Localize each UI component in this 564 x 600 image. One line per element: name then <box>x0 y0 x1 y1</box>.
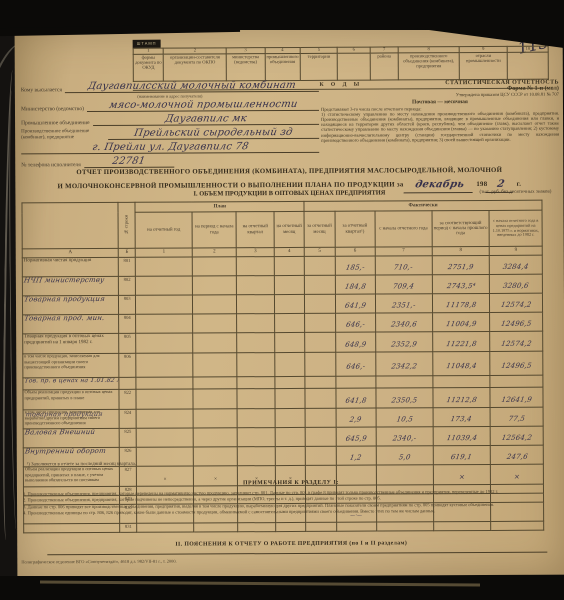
print-imprint: Полиграфическое отделение ВГО «Союзучети… <box>21 559 176 565</box>
submit-instructions: 1) статистическому управлению по месту н… <box>321 111 559 143</box>
row-number-header: № строки <box>124 214 129 234</box>
table-footnote: ¹) Заполняется в отчете за последний мес… <box>27 462 136 468</box>
col-header: за отчетный месяц <box>304 211 335 247</box>
ministry-line: Министерство (ведомство) мясо-молочной п… <box>21 100 319 113</box>
section2-heading: II. ПОЯСНЕНИЯ К ОТЧЕТУ О РАБОТЕ ПРЕДПРИЯ… <box>17 540 564 549</box>
production-assoc-value: Прейльский сыродельный зд <box>134 128 294 139</box>
code-col-header: промышленного объединения <box>265 53 301 80</box>
form-info-block: СТАТИСТИЧЕСКАЯ ОТЧЕТНОСТЬ Форма № 1-п (м… <box>321 80 559 143</box>
col-header: с начала отчетного года в ценах предприя… <box>489 210 542 246</box>
code-col-headers: формы документа по ОКУД организации-сост… <box>133 52 548 81</box>
approval-note: Утверждена приказом ЦСУ СССР от 10.08.81… <box>321 92 559 98</box>
table-row: Валовая Внешний 825 645,9 2340,- 11039,4… <box>23 426 543 448</box>
production-assoc-label: Производственное объединение (комбинат),… <box>21 129 108 140</box>
code-col-header: формы документа по ОКУД <box>133 54 164 81</box>
table-row: Товарная прод. мин. 804 646,- 2340,6 110… <box>23 312 543 334</box>
table-row: в том числе продукция, зачисляемая для в… <box>23 351 543 378</box>
col-header: с начала отчетного года <box>375 211 432 247</box>
enterprise-address-line: г. Прейли ул. Даугавпилс 78 <box>21 142 319 155</box>
code-col-header: министерства (ведомства) <box>226 54 265 81</box>
scan-corner-shadow <box>414 28 564 48</box>
table-row: Нормативная чистая продукция 801 185,- 7… <box>22 255 542 277</box>
form-page: 113 ШТАМП 1 2 3 4 5 6 7 8 <box>15 28 564 578</box>
industrial-assoc-line: Промышленное объединение Даугавпилс мк <box>21 114 319 127</box>
industrial-assoc-label: Промышленное объединение <box>21 120 93 126</box>
col-header: за отчетный квартал¹) <box>335 211 376 247</box>
code-col-header <box>338 53 371 80</box>
code-col-header: организации-составителя документа по ОКП… <box>164 54 227 81</box>
recipient-value: Даугавпилсский молочный комбинат <box>87 81 296 92</box>
periodicity: Почтовая — месячная <box>321 99 559 106</box>
code-col-header <box>508 52 549 79</box>
divider-rule <box>47 552 547 556</box>
notes-block: 1. Производственные объединения, предпри… <box>23 489 557 517</box>
code-col-header: района <box>370 53 398 80</box>
scan-edge-top <box>0 0 564 30</box>
table-row: в том числе продукция, зачисляемая для в… <box>23 407 543 429</box>
industrial-assoc-value: Даугавпилс мк <box>164 114 247 124</box>
ministry-value: мясо-молочной промышленности <box>108 100 298 111</box>
table-row: Товарная продукция 803 641,9 2351,- 1117… <box>22 293 542 315</box>
col-header: за соответствующий период с начала прошл… <box>432 210 490 246</box>
recipient-label: Кому высылается <box>21 87 65 93</box>
col-header: на отчетный месяц <box>274 211 305 247</box>
table-row: 831 <box>24 521 544 533</box>
ministry-label: Министерство (ведомство) <box>21 106 87 112</box>
enterprise-address-value: г. Прейли ул. Даугавпилс 78 <box>91 142 249 153</box>
recipient-line: Кому высылается Даугавпилсский молочный … <box>21 81 319 94</box>
table-row: Товарная продукция в оптовых ценах предп… <box>23 331 543 354</box>
table-row: НЧП министерству 802 184,8 709,4 2743,5⁴… <box>22 274 542 296</box>
phone-value: 22781 <box>112 157 147 167</box>
scan-edge-bottom <box>0 576 564 600</box>
col-header: на отчетный квартал <box>236 212 274 248</box>
code-col-header: производственного объединения (комбината… <box>398 53 459 80</box>
units-note: (тыс. руб. без десятичных знаков) <box>479 190 551 195</box>
scanned-report-page: 113 ШТАМП 1 2 3 4 5 6 7 8 <box>0 0 564 600</box>
production-assoc-line: Производственное объединение (комбинат),… <box>21 128 319 141</box>
code-col-header: территории <box>300 53 338 80</box>
table-row: Объем реализации продукции в оптовых цен… <box>23 387 543 410</box>
col-header: на отчетный год <box>135 212 192 248</box>
address-block: Кому высылается Даугавпилсский молочный … <box>21 81 319 172</box>
col-header: на период с начала года <box>192 212 237 248</box>
code-col-header: отрасли промышленности <box>459 52 508 79</box>
stamp-box: ШТАМП <box>133 40 161 48</box>
